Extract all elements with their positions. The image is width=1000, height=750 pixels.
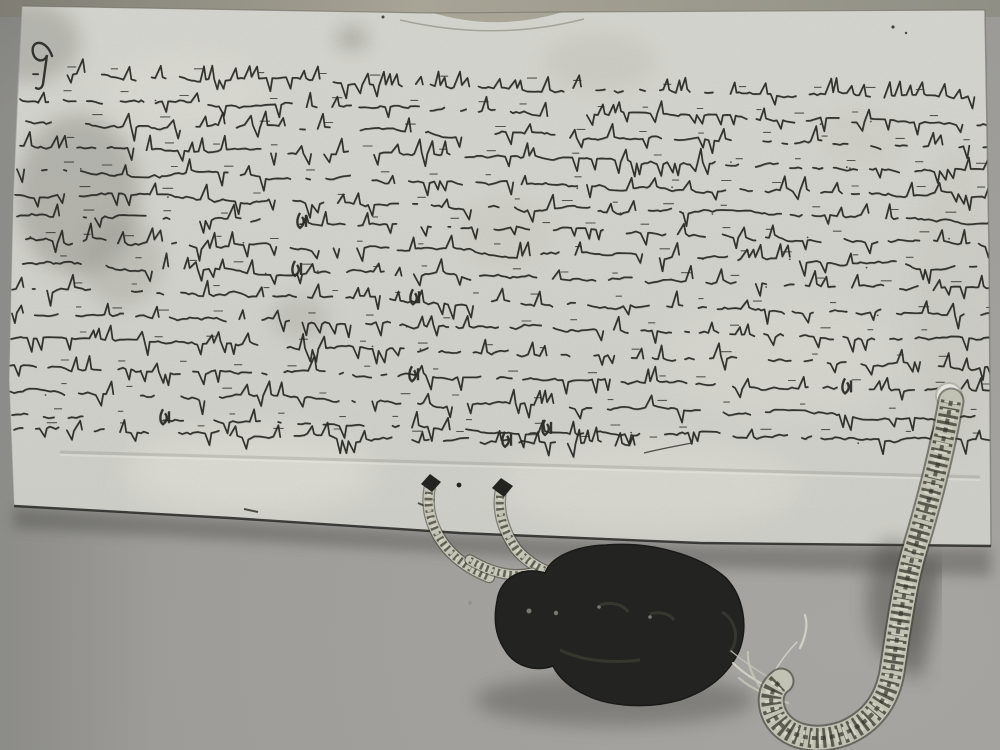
charter-photograph	[0, 0, 1000, 750]
parchment-document	[0, 0, 1000, 560]
cord-speck	[457, 483, 462, 488]
charter-photo-frame	[0, 0, 1000, 750]
